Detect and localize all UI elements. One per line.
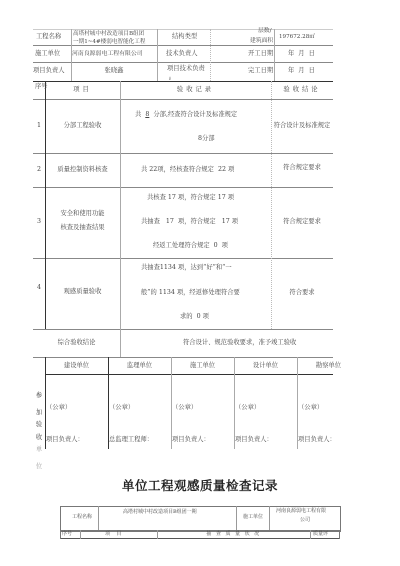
row-record-3: 求的 0 项 xyxy=(180,313,209,321)
divider xyxy=(45,374,333,375)
divider xyxy=(98,506,99,530)
divider xyxy=(339,530,340,539)
project-name-value-2: 一期1~4#楼弱电智能化工程 xyxy=(73,38,145,46)
project-manager-label: 项目负责人 xyxy=(33,67,64,75)
row-conclusion: 符合规定要求 xyxy=(271,164,333,172)
start-date-label: 开工日期 xyxy=(248,50,273,58)
divider xyxy=(33,81,333,82)
structure-type-label: 结构类型 xyxy=(172,33,197,41)
project-name-label: 工程名称 xyxy=(72,513,92,521)
col-header-check: 抽 查 质 量 状 况 xyxy=(157,531,310,538)
floors-area-label: 层数/ xyxy=(258,27,272,35)
row-conclusion: 符合规定要求 xyxy=(271,218,333,226)
summary-value: 符合设计、规范验收要求，准予竣工验收 xyxy=(183,339,296,347)
row-number: 3 xyxy=(33,218,45,226)
divider xyxy=(120,81,121,357)
divider xyxy=(310,530,311,539)
divider xyxy=(33,258,333,259)
completion-date-label: 完工日期 xyxy=(248,67,273,75)
construction-unit-label: 施工单位 xyxy=(35,50,60,58)
project-tech-head-label: 项目技术负责人 xyxy=(167,63,207,80)
divider xyxy=(274,29,275,81)
row-number: 4 xyxy=(33,284,45,292)
construction-unit-value-2: 公司 xyxy=(300,516,310,524)
second-form-title: 单位工程观感质量检查记录 xyxy=(0,476,400,494)
unit-seal: （公章） xyxy=(172,404,197,412)
col-header-record: 验收记录 xyxy=(120,86,271,94)
side-label: 验 xyxy=(33,421,45,429)
row-number: 1 xyxy=(33,122,45,130)
record-text: 分部,经查符合设计及标准规定 xyxy=(153,111,237,118)
row-conclusion: 符合设计及标准规定 xyxy=(271,122,333,130)
divider xyxy=(33,329,333,330)
floors-area-value: 197672.28㎡ xyxy=(279,33,315,41)
unit-name: 监理单位 xyxy=(108,362,171,370)
unit-seal: （公章） xyxy=(235,404,260,412)
row-record-2: 般”的 1134 项，经返修处理符合要 xyxy=(141,289,240,297)
technical-head-label: 技术负责人 xyxy=(166,50,197,58)
divider xyxy=(33,357,333,358)
row-record-3: 经返工处理符合规定 0 项 xyxy=(153,242,228,250)
col-header-item: 项 目 xyxy=(105,531,121,538)
completion-date-value: 年 月 日 xyxy=(288,67,315,75)
side-label: 加 xyxy=(33,409,45,417)
unit-seal: （公章） xyxy=(298,404,323,412)
row-item-2: 核查及抽查结果 xyxy=(45,224,120,232)
col-header-conclusion: 验收结论 xyxy=(271,86,333,94)
unit-seal: （公章） xyxy=(46,404,71,412)
construction-unit-value: 河南良源弱电工程有限 xyxy=(276,507,326,515)
floors-area-label-2: 建筑面积 xyxy=(250,37,273,45)
row-record: 共 22项，经核查符合规定 22 项 xyxy=(141,166,234,174)
divider xyxy=(60,538,340,539)
unit-person: 项目负责人： xyxy=(235,436,273,444)
divider xyxy=(157,29,158,81)
unit-name: 设计单位 xyxy=(234,362,297,370)
project-name-value: 高塔村城中村改造项目B组团 xyxy=(73,30,144,38)
row-item: 安全和使用功能 xyxy=(45,210,120,218)
col-header-item: 项目 xyxy=(45,86,120,94)
divider xyxy=(33,153,333,154)
unit-person: 项目负责人： xyxy=(298,436,336,444)
side-label: 参 xyxy=(33,392,45,400)
summary-label: 综合验收结论 xyxy=(33,339,120,347)
start-date-value: 年 月 日 xyxy=(288,50,315,58)
construction-unit-value: 河南良源弱电工程有限公司 xyxy=(72,50,143,58)
row-record: 共 8 分部,经查符合设计及标准规定 xyxy=(135,111,237,119)
row-item: 分部工程验收 xyxy=(45,122,120,130)
construction-unit-label: 施工单位 xyxy=(243,513,263,521)
divider xyxy=(33,99,333,100)
unit-person: 项目负责人： xyxy=(46,436,84,444)
divider xyxy=(269,506,270,530)
divider xyxy=(60,530,61,539)
unit-person: 总监理工程师： xyxy=(109,436,153,444)
unit-name: 施工单位 xyxy=(171,362,234,370)
col-header-eval: 质量评 xyxy=(313,531,328,538)
row-number: 2 xyxy=(33,166,45,174)
project-name-value: 高塔村城中村改造项目B组团一期 xyxy=(123,508,197,516)
unit-person: 项目负责人： xyxy=(172,436,210,444)
row-item: 观感质量验收 xyxy=(45,288,120,296)
side-label: 位 xyxy=(33,463,45,471)
row-record-2: 8分部 xyxy=(198,135,215,143)
divider xyxy=(33,187,333,188)
divider xyxy=(80,530,81,539)
project-name-label: 工程名称 xyxy=(36,33,61,41)
unit-seal: （公章） xyxy=(109,404,134,412)
project-manager-value: 张晓鑫 xyxy=(71,67,157,75)
row-record: 共抽查1134 项，达到“好”和“一 xyxy=(141,264,232,272)
side-label: 收 xyxy=(33,434,45,442)
row-record-2: 共抽查 17 项，符合规定 17 项 xyxy=(141,218,238,226)
row-record: 共核查 17 项，符合规定 17 项 xyxy=(147,194,234,202)
unit-name: 勘察单位 xyxy=(297,362,360,370)
record-text: 共 xyxy=(135,111,141,118)
row-item: 质量控制资料核查 xyxy=(45,166,120,174)
divider xyxy=(236,506,237,530)
row-conclusion: 符合要求 xyxy=(271,289,333,297)
divider xyxy=(210,29,211,81)
side-label: 单 xyxy=(33,446,45,454)
record-count: 8 xyxy=(145,111,149,118)
unit-name: 建设单位 xyxy=(45,362,108,370)
col-header-no: 序号 xyxy=(62,531,72,538)
